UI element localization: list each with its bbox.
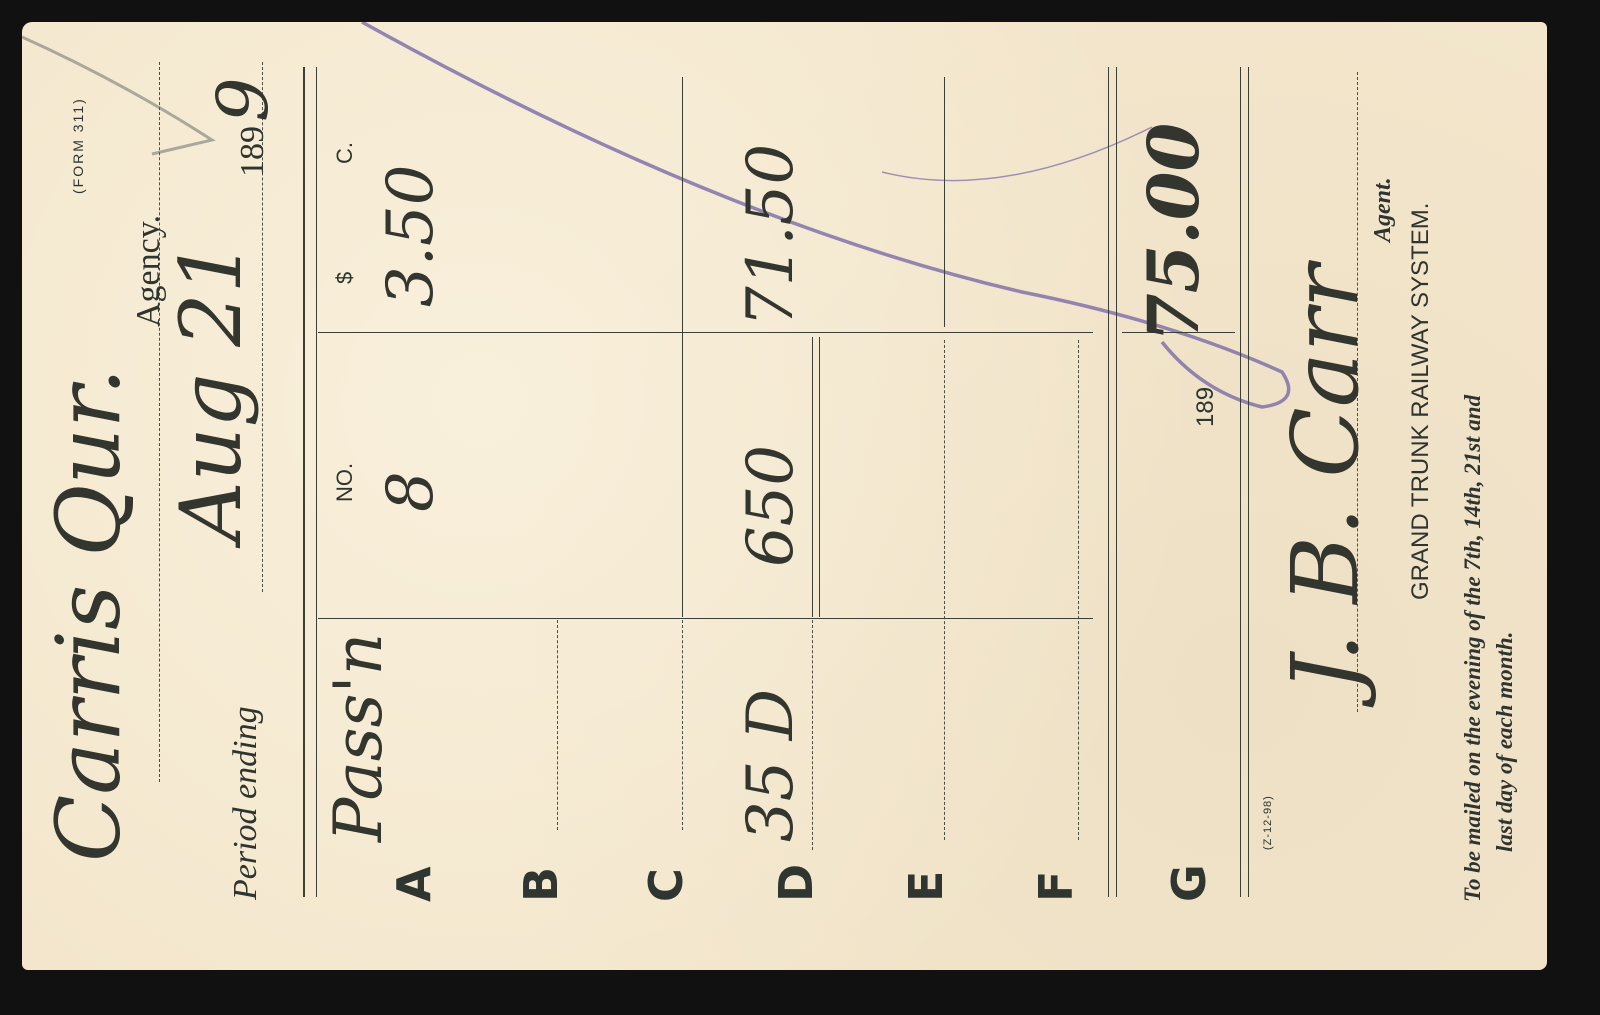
instructions-line-1: To be mailed on the evening of the 7th, … [1460,395,1486,902]
agent-label: Agent. [1370,177,1397,242]
row-a-description: Pass'n [320,633,397,842]
period-label: Period ending [227,706,265,900]
grid-line [944,340,945,840]
year-prefix: 189 [234,126,272,177]
company-name: GRAND TRUNK RAILWAY SYSTEM. [1407,203,1435,600]
column-dollar-label: $ [332,272,358,284]
grid-line [1108,67,1109,897]
grid-line [557,620,558,830]
grid-line [318,618,1093,619]
grid-line [1116,67,1117,897]
column-no-label: NO. [332,463,358,502]
row-letter-d: D [769,864,823,902]
handwritten-period-date: Aug 21 [162,240,260,542]
row-d-description: 35 D [734,689,808,842]
grid-line [318,332,1093,333]
row-letter-f: F [1029,871,1083,902]
grid-line [812,337,813,617]
handwritten-agency-name: Carris Qur. [37,368,140,862]
agent-signature: J. B. Carr [1272,264,1379,692]
grid-line [1248,67,1249,897]
form-number: (FORM 311) [70,97,86,194]
column-cents-label: C. [332,142,358,164]
row-letter-c: C [639,868,693,902]
row-a-number: 8 [374,471,448,512]
row-letter-e: E [899,871,953,902]
row-a-amount: 3.50 [374,165,448,308]
grid-line [819,337,820,617]
grid-line [682,620,683,830]
grid-line [303,67,305,897]
row-g-amount: 75.00 [1132,123,1215,342]
row-d-amount: 71.50 [734,144,808,327]
row-letter-g: G [1162,864,1216,902]
grid-line [682,77,683,617]
grid-line [812,620,813,850]
agency-line [159,62,160,782]
row-letter-b: B [514,867,568,902]
grid-line [316,67,317,897]
row-letter-a: A [387,866,441,902]
handwritten-year-suffix: 9 [202,77,284,122]
g-year-prefix: 189 [1192,387,1220,427]
report-card: (FORM 311) Agency. Period ending 189 NO.… [22,22,1547,970]
print-code: (Z-12-98) [1262,795,1274,850]
grid-line [944,77,945,327]
row-d-number: 650 [734,445,808,567]
instructions-line-2: last day of each month. [1492,632,1518,852]
grid-line [1240,67,1241,897]
grid-line [1078,340,1079,840]
